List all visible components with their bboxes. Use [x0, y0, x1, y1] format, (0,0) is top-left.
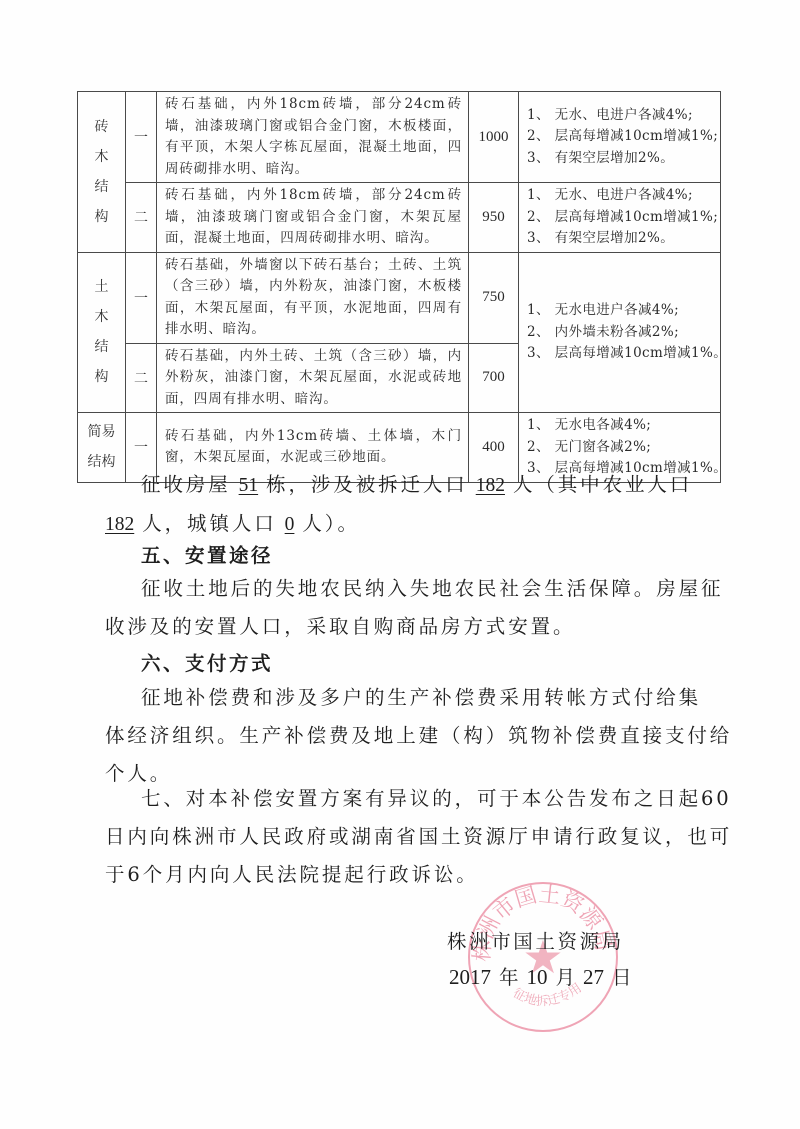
compensation-table: 砖 木 结 构 一 砖石基础，内外18cm砖墙，部分24cm砖墙，油漆玻璃门窗或…	[77, 91, 721, 483]
adjustment-cell: 1、 无水、电进户各减4%; 2、 层高每增减10cm增减1%; 3、 有架空层…	[519, 183, 721, 253]
structure-type-cell: 砖 木 结 构	[78, 92, 126, 253]
adjustment-cell: 1、 无水电进户各减4%; 2、 内外墙未粉各减2%; 3、 层高每增减10cm…	[519, 252, 721, 413]
grade-cell: 二	[126, 343, 157, 413]
population-count: 182	[468, 475, 513, 496]
buildings-count: 51	[231, 475, 267, 496]
section5-paragraph: 征收土地后的失地农民纳入失地农民社会生活保障。房屋征 收涉及的安置人口，采取自购…	[105, 570, 723, 646]
section7-paragraph: 七、对本补偿安置方案有异议的，可于本公告发布之日起60 日内向株洲市人民政府或湖…	[105, 780, 723, 894]
official-seal: 株洲市国土资源局 征地拆迁专用章 ★	[468, 882, 618, 1032]
adjustment-cell: 1、 无水、电进户各减4%; 2、 层高每增减10cm增减1%; 3、 有架空层…	[519, 92, 721, 183]
agricultural-count: 182	[105, 514, 142, 535]
price-cell: 700	[469, 343, 519, 413]
issue-date: 2017年10月27日	[449, 962, 640, 990]
issuing-organization: 株洲市国土资源局	[447, 926, 624, 954]
description-cell: 砖石基础，外墙窗以下砖石基台；土砖、土筑（含三砂）墙，内外粉灰，油漆门窗，木板楼…	[157, 252, 469, 343]
table-row: 二 砖石基础，内外18cm砖墙，部分24cm砖墙，油漆玻璃门窗或铝合金门窗，木架…	[78, 183, 721, 253]
houses-paragraph: 征收房屋51栋，涉及被拆迁人口182人（其中农业人口 182人，城镇人口0人）。	[105, 466, 723, 544]
price-cell: 1000	[469, 92, 519, 183]
grade-cell: 一	[126, 252, 157, 343]
section6-paragraph: 征地补偿费和涉及多户的生产补偿费采用转帐方式付给集 体经济组织。生产补偿费及地上…	[105, 679, 723, 793]
table-row: 砖 木 结 构 一 砖石基础，内外18cm砖墙，部分24cm砖墙，油漆玻璃门窗或…	[78, 92, 721, 183]
description-cell: 砖石基础，内外土砖、土筑（含三砂）墙，内外粉灰，油漆门窗，木架瓦屋面，水泥或砖地…	[157, 343, 469, 413]
price-cell: 950	[469, 183, 519, 253]
section6-heading: 六、支付方式	[141, 648, 273, 676]
price-cell: 750	[469, 252, 519, 343]
grade-cell: 一	[126, 92, 157, 183]
grade-cell: 二	[126, 183, 157, 253]
section5-heading: 五、安置途径	[141, 540, 273, 568]
description-cell: 砖石基础，内外18cm砖墙，部分24cm砖墙，油漆玻璃门窗或铝合金门窗，木板楼面…	[157, 92, 469, 183]
table-row: 土 木 结 构 一 砖石基础，外墙窗以下砖石基台；土砖、土筑（含三砂）墙，内外粉…	[78, 252, 721, 343]
description-cell: 砖石基础，内外18cm砖墙，部分24cm砖墙，油漆玻璃门窗或铝合金门窗，木架瓦屋…	[157, 183, 469, 253]
document-page: 砖 木 结 构 一 砖石基础，内外18cm砖墙，部分24cm砖墙，油漆玻璃门窗或…	[0, 0, 800, 1129]
urban-count: 0	[277, 514, 303, 535]
structure-type-cell: 土 木 结 构	[78, 252, 126, 413]
